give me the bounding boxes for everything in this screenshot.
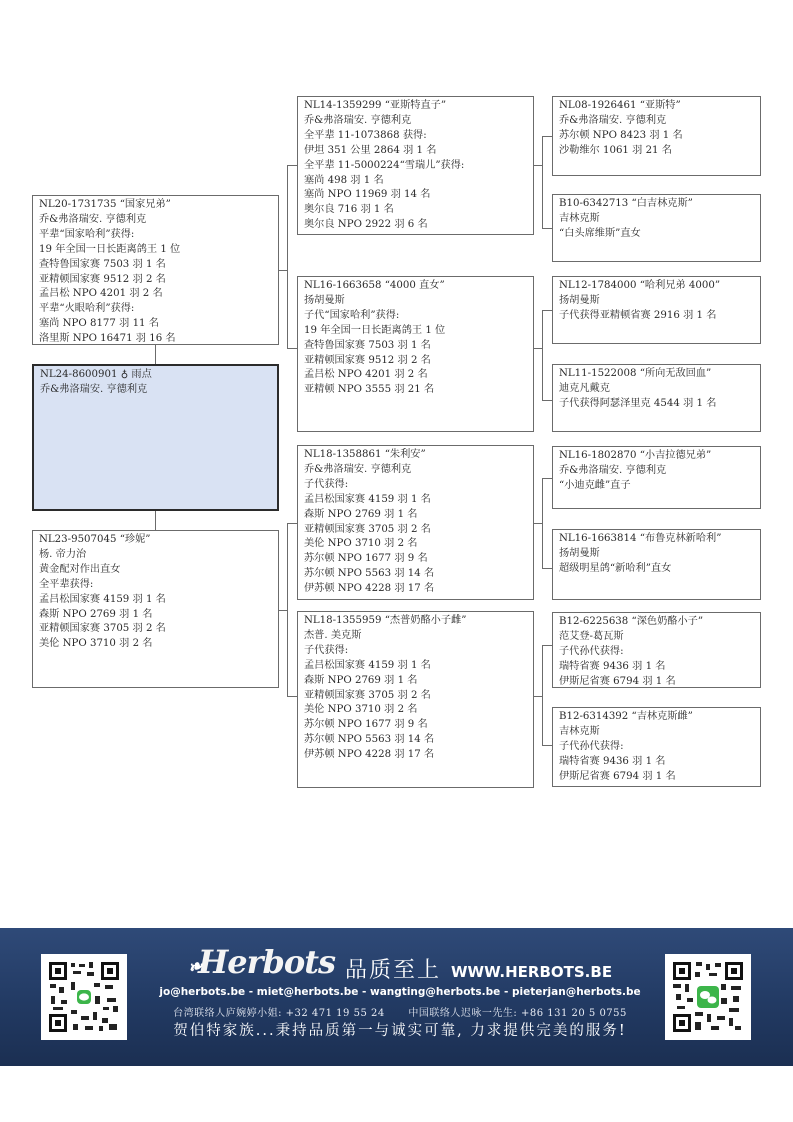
info-line: 孟吕松国家赛 4159 羽 1 名 [304, 493, 527, 508]
info-line: 子代获得阿瑟泽里克 4544 羽 1 名 [559, 397, 754, 412]
info-line: 瑞特省赛 9436 羽 1 名 [559, 660, 754, 675]
breeder: 迪克凡戴克 [559, 382, 754, 397]
info-line: 全平辈获得: [39, 578, 272, 593]
info-line: 苏尔顿 NPO 1677 羽 9 名 [304, 552, 527, 567]
breeder: 乔&弗洛瑞安. 亨德利克 [559, 464, 754, 479]
taiwan-contact: 台湾联络人庐婉婷小姐: +32 471 19 55 24 [173, 1008, 385, 1019]
info-line: 苏尔顿 NPO 5563 羽 14 名 [304, 733, 527, 748]
info-line: 奥尔良 716 羽 1 名 [304, 203, 527, 218]
connector-dd-vertical [542, 645, 543, 745]
website-link[interactable]: WWW.HERBOTS.BE [451, 958, 612, 986]
info-line: 苏尔顿 NPO 5563 羽 14 名 [304, 567, 527, 582]
ring-number-name: B12-6225638 “深色奶酪小子” [559, 615, 754, 630]
ring-number-name: NL18-1358861 “朱利安” [304, 448, 527, 463]
info-line: 亚精顿国家赛 9512 羽 2 名 [304, 354, 527, 369]
info-line: 伊斯尼省赛 6794 羽 1 名 [559, 675, 754, 688]
pedigree-box-subject: NL24-8600901 ♁ 雨点 乔&弗洛瑞安. 亨德利克 [32, 364, 279, 511]
pedigree-box-dam-sire: NL18-1358861 “朱利安” 乔&弗洛瑞安. 亨德利克 子代获得: 孟吕… [297, 445, 534, 600]
info-line: “白头席维斯”直女 [559, 227, 754, 242]
pedigree-box-sd-dam: NL11-1522008 “所向无敌回血” 迪克凡戴克 子代获得阿瑟泽里克 45… [552, 364, 761, 432]
info-line: 森斯 NPO 2769 羽 1 名 [304, 508, 527, 523]
pedigree-box-ds-sire: NL16-1802870 “小吉拉德兄弟” 乔&弗洛瑞安. 亨德利克 “小迪克雌… [552, 446, 761, 509]
ring-number-name: NL12-1784000 “哈利兄弟 4000” [559, 279, 754, 294]
connector-sire-subject [155, 344, 156, 365]
pedigree-box-dam: NL23-9507045 “珍妮” 杨. 帝力治 黄金配对作出直女 全平辈获得:… [32, 530, 279, 688]
info-line: 苏尔顿 NPO 8423 羽 1 名 [559, 129, 754, 144]
info-line: 美伦 NPO 3710 羽 2 名 [304, 537, 527, 552]
connector-sd-vertical [542, 310, 543, 400]
info-line: 子代“国家哈利”获得: [304, 309, 527, 324]
ring-number-name: NL16-1802870 “小吉拉德兄弟” [559, 449, 754, 464]
connector-sire-branch [278, 270, 287, 271]
ring-number-name: NL24-8600901 ♁ 雨点 [40, 368, 271, 383]
info-line: 美伦 NPO 3710 羽 2 名 [304, 703, 527, 718]
connector-dd-branch [533, 696, 542, 697]
breeder: 乔&弗洛瑞安. 亨德利克 [40, 383, 271, 398]
qr-code-wechat[interactable] [665, 954, 751, 1040]
brand-name: Herbots [198, 943, 335, 981]
contact-phones: 台湾联络人庐婉婷小姐: +32 471 19 55 24 中国联络人迟咏一先生:… [140, 1004, 660, 1019]
connector-ss-vertical [542, 136, 543, 228]
connector-subject-dam [155, 510, 156, 531]
connector-ds-vertical [542, 478, 543, 568]
info-line: 全平辈 11-1073868 获得: [304, 129, 527, 144]
breeder: 杰普. 美克斯 [304, 629, 527, 644]
info-line: 亚精顿 NPO 3555 羽 21 名 [304, 383, 527, 398]
info-line: 亚精顿国家赛 9512 羽 2 名 [39, 273, 272, 288]
breeder: 扬胡曼斯 [559, 547, 754, 562]
info-line: 孟吕松 NPO 4201 羽 2 名 [304, 368, 527, 383]
pedigree-box-sire-dam: NL16-1663658 “4000 直女” 扬胡曼斯 子代“国家哈利”获得: … [297, 276, 534, 432]
connector-sire-vertical [287, 165, 288, 348]
connector-ds-branch [533, 523, 542, 524]
info-line: 塞尚 498 羽 1 名 [304, 174, 527, 189]
info-line: 沙勒维尔 1061 羽 21 名 [559, 144, 754, 159]
info-line: 19 年全国一日长距离鸽王 1 位 [39, 243, 272, 258]
ring-number-name: NL11-1522008 “所向无敌回血” [559, 367, 754, 382]
breeder: 扬胡曼斯 [559, 294, 754, 309]
ring-number-name: B12-6314392 “吉林克斯雌” [559, 710, 754, 725]
footer-banner: ❧Herbots 品质至上 WWW.HERBOTS.BE jo@herbots.… [0, 928, 793, 1066]
qr-code-line[interactable] [41, 954, 127, 1040]
china-contact: 中国联络人迟咏一先生: +86 131 20 5 0755 [408, 1008, 627, 1019]
info-line: 洛里斯 NPO 16471 羽 16 名 [39, 332, 272, 345]
connector-sd-branch [533, 348, 542, 349]
info-line: 平辈“国家哈利”获得: [39, 228, 272, 243]
info-line: 瑞特省赛 9436 羽 1 名 [559, 755, 754, 770]
info-line: 孟吕松 NPO 4201 羽 2 名 [39, 287, 272, 302]
herbots-logo: ❧Herbots [188, 944, 335, 986]
breeder: 扬胡曼斯 [304, 294, 527, 309]
breeder: 乔&弗洛瑞安. 亨德利克 [304, 114, 527, 129]
info-line: 平辈“火眼哈利”获得: [39, 302, 272, 317]
breeder: 乔&弗洛瑞安. 亨德利克 [559, 114, 754, 129]
info-line: 19 年全国一日长距离鸽王 1 位 [304, 324, 527, 339]
info-line: 伊苏顿 NPO 4228 羽 17 名 [304, 748, 527, 763]
info-line: 苏尔顿 NPO 1677 羽 9 名 [304, 718, 527, 733]
ring-number-name: NL23-9507045 “珍妮” [39, 533, 272, 548]
breeder: 杨. 帝力治 [39, 548, 272, 563]
ring-number-name: NL14-1359299 “亚斯特直子” [304, 99, 527, 114]
pedigree-box-dam-dam: NL18-1355959 “杰普奶酪小子雌” 杰普. 美克斯 子代获得: 孟吕松… [297, 611, 534, 788]
connector-ss-branch [533, 165, 542, 166]
pedigree-box-dd-dam: B12-6314392 “吉林克斯雌” 吉林克斯 子代孙代获得: 瑞特省赛 94… [552, 707, 761, 787]
breeder: 乔&弗洛瑞安. 亨德利克 [304, 463, 527, 478]
ring-number-name: B10-6342713 “白吉林克斯” [559, 197, 754, 212]
info-line: 子代获得: [304, 644, 527, 659]
info-line: 超级明星鸽“新哈利”直女 [559, 562, 754, 577]
info-line: 奥尔良 NPO 2922 羽 6 名 [304, 218, 527, 233]
connector-dam-vertical [287, 523, 288, 696]
info-line: 森斯 NPO 2769 羽 1 名 [39, 608, 272, 623]
qr-code-icon [47, 960, 121, 1034]
info-line: 森斯 NPO 2769 羽 1 名 [304, 674, 527, 689]
pedigree-box-sd-sire: NL12-1784000 “哈利兄弟 4000” 扬胡曼斯 子代获得亚精顿省赛 … [552, 276, 761, 344]
breeder: 吉林克斯 [559, 725, 754, 740]
ring-number-name: NL08-1926461 “亚斯特” [559, 99, 754, 114]
info-line: “小迪克雌”直子 [559, 479, 754, 494]
qr-code-icon [671, 960, 745, 1034]
footer-tagline: 贺伯特家族...秉持品质第一与诚实可靠, 力求提供完美的服务! [130, 1019, 670, 1040]
info-line: 孟吕松国家赛 4159 羽 1 名 [39, 593, 272, 608]
pedigree-box-dd-sire: B12-6225638 “深色奶酪小子” 范艾登-葛瓦斯 子代孙代获得: 瑞特省… [552, 612, 761, 688]
info-line: 子代孙代获得: [559, 645, 754, 660]
info-line: 全平辈 11-5000224“雪瑞儿”获得: [304, 159, 527, 174]
brand-header: ❧Herbots 品质至上 WWW.HERBOTS.BE [180, 946, 620, 986]
ring-number-name: NL20-1731735 “国家兄弟” [39, 198, 272, 213]
info-line: 黄金配对作出直女 [39, 563, 272, 578]
breeder: 乔&弗洛瑞安. 亨德利克 [39, 213, 272, 228]
info-line: 孟吕松国家赛 4159 羽 1 名 [304, 659, 527, 674]
connector-dam-branch [278, 610, 287, 611]
info-line: 亚精顿国家赛 3705 羽 2 名 [39, 622, 272, 637]
info-line: 查特鲁国家赛 7503 羽 1 名 [304, 339, 527, 354]
info-line: 亚精顿国家赛 3705 羽 2 名 [304, 689, 527, 704]
info-line: 美伦 NPO 3710 羽 2 名 [39, 637, 272, 652]
info-line: 伊斯尼省赛 6794 羽 1 名 [559, 770, 754, 785]
info-line: 子代获得: [304, 478, 527, 493]
ring-number-name: NL16-1663814 “布鲁克林新哈利” [559, 532, 754, 547]
info-line: 子代孙代获得: [559, 740, 754, 755]
ring-number-name: NL18-1355959 “杰普奶酪小子雌” [304, 614, 527, 629]
info-line: 亚精顿国家赛 3705 羽 2 名 [304, 523, 527, 538]
pedigree-box-ds-dam: NL16-1663814 “布鲁克林新哈利” 扬胡曼斯 超级明星鸽“新哈利”直女 [552, 529, 761, 600]
pedigree-box-ss-sire: NL08-1926461 “亚斯特” 乔&弗洛瑞安. 亨德利克 苏尔顿 NPO … [552, 96, 761, 176]
contact-emails[interactable]: jo@herbots.be - miet@herbots.be - wangti… [150, 986, 650, 998]
info-line: 伊苏顿 NPO 4228 羽 17 名 [304, 582, 527, 597]
info-line: 塞尚 NPO 11969 羽 14 名 [304, 188, 527, 203]
info-line: 查特鲁国家赛 7503 羽 1 名 [39, 258, 272, 273]
breeder: 范艾登-葛瓦斯 [559, 630, 754, 645]
pedigree-box-sire-sire: NL14-1359299 “亚斯特直子” 乔&弗洛瑞安. 亨德利克 全平辈 11… [297, 96, 534, 235]
info-line: 伊坦 351 公里 2864 羽 1 名 [304, 144, 527, 159]
pedigree-box-ss-dam: B10-6342713 “白吉林克斯” 吉林克斯 “白头席维斯”直女 [552, 194, 761, 262]
info-line: 子代获得亚精顿省赛 2916 羽 1 名 [559, 309, 754, 324]
brand-slogan: 品质至上 [345, 956, 441, 986]
ring-number-name: NL16-1663658 “4000 直女” [304, 279, 527, 294]
info-line: 塞尚 NPO 8177 羽 11 名 [39, 317, 272, 332]
pedigree-box-sire: NL20-1731735 “国家兄弟” 乔&弗洛瑞安. 亨德利克 平辈“国家哈利… [32, 195, 279, 345]
breeder: 吉林克斯 [559, 212, 754, 227]
